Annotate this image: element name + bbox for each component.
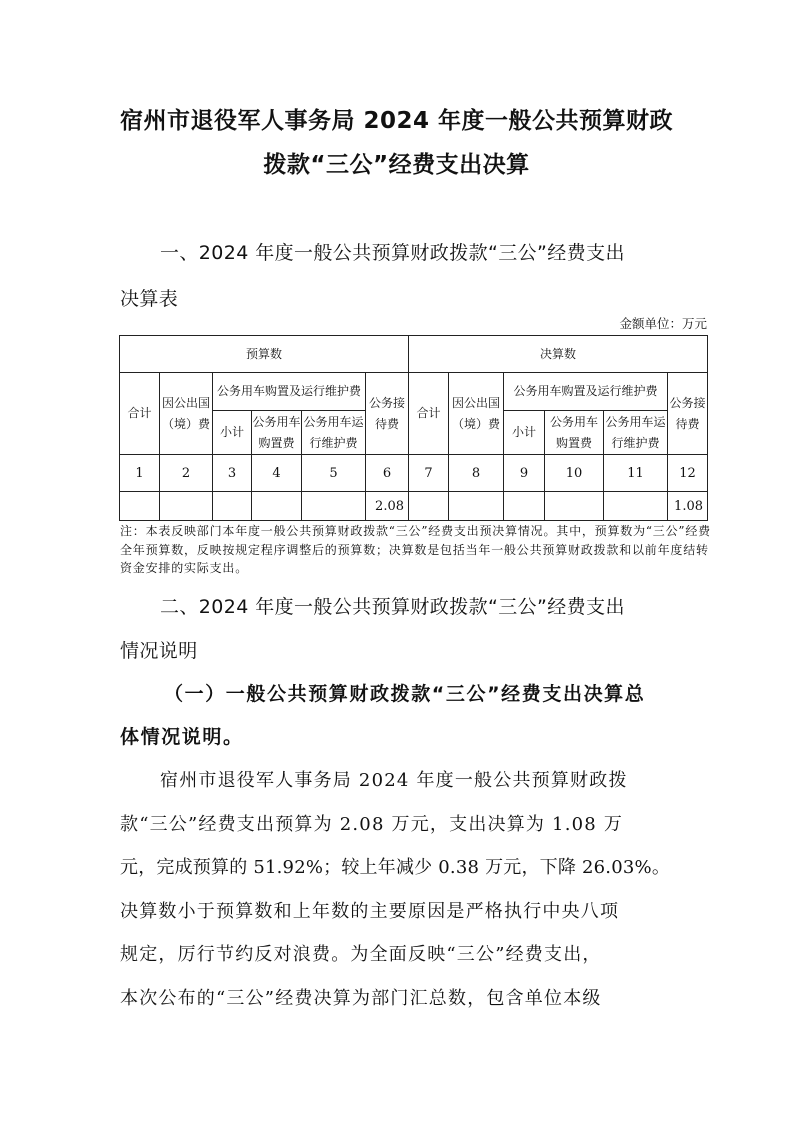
subsection-1-heading-line-2: 体情况说明。 [120,722,244,749]
subsection-1-heading-line-1: （一）一般公共预算财政拨款“三公”经费支出决算总 [164,679,645,706]
budget-total-header: 合计 [120,373,160,455]
final-reception-header: 公务接待费 [668,373,708,455]
section-2-heading-line-2: 情况说明 [120,636,198,663]
budget-abroad-header: 因公出国（境）费 [160,373,213,455]
section-1-heading-line-1: 一、2024 年度一般公共预算财政拨款“三公”经费支出 [160,238,625,265]
budget-vehicle-group-header: 公务用车购置及运行维护费 [213,373,366,411]
paragraph-line-2: 款“三公”经费支出预算为 2.08 万元，支出决算为 1.08 万 [120,810,623,836]
table-data-row: 2.08 1.08 [120,492,708,521]
section-2-heading-line-1: 二、2024 年度一般公共预算财政拨款“三公”经费支出 [160,592,625,619]
table-index-row: 1 2 3 4 5 6 7 8 9 10 11 12 [120,455,708,492]
final-reception-value: 1.08 [668,492,708,521]
final-vehicle-run-header: 公务用车运行维护费 [604,411,668,455]
budget-reception-value: 2.08 [366,492,409,521]
final-subtotal-header: 小计 [504,411,545,455]
budget-vehicle-run-header: 公务用车运行维护费 [302,411,366,455]
final-vehicle-buy-header: 公务用车购置费 [545,411,604,455]
table-note: 注：本表反映部门本年度一般公共预算财政拨款“三公”经费支出预决算情况。其中，预算… [120,522,712,578]
paragraph-line-5: 规定，厉行节约反对浪费。为全面反映“三公”经费支出， [120,940,602,966]
final-group-header: 决算数 [409,336,708,373]
paragraph-line-1: 宿州市退役军人事务局 2024 年度一般公共预算财政拨 [160,766,628,792]
three-public-expenses-table: 预算数 决算数 合计 因公出国（境）费 公务用车购置及运行维护费 公务接待费 合… [119,335,708,521]
paragraph-line-3: 元，完成预算的 51.92%；较上年减少 0.38 万元，下降 26.03%。 [120,853,670,879]
budget-vehicle-buy-header: 公务用车购置费 [252,411,302,455]
page-title-line-1: 宿州市退役军人事务局 2024 年度一般公共预算财政 [0,102,793,135]
budget-group-header: 预算数 [120,336,409,373]
budget-reception-header: 公务接待费 [366,373,409,455]
section-1-heading-line-2: 决算表 [120,284,178,311]
paragraph-line-4: 决算数小于预算数和上年数的主要原因是严格执行中央八项 [120,897,619,923]
budget-subtotal-header: 小计 [213,411,252,455]
page-title-line-2: 拨款“三公”经费支出决算 [0,146,793,179]
final-abroad-header: 因公出国（境）费 [449,373,504,455]
paragraph-line-6: 本次公布的“三公”经费决算为部门汇总数，包含单位本级 [120,984,602,1010]
final-vehicle-group-header: 公务用车购置及运行维护费 [504,373,668,411]
amount-unit-label: 金额单位：万元 [619,314,707,332]
final-total-header: 合计 [409,373,449,455]
